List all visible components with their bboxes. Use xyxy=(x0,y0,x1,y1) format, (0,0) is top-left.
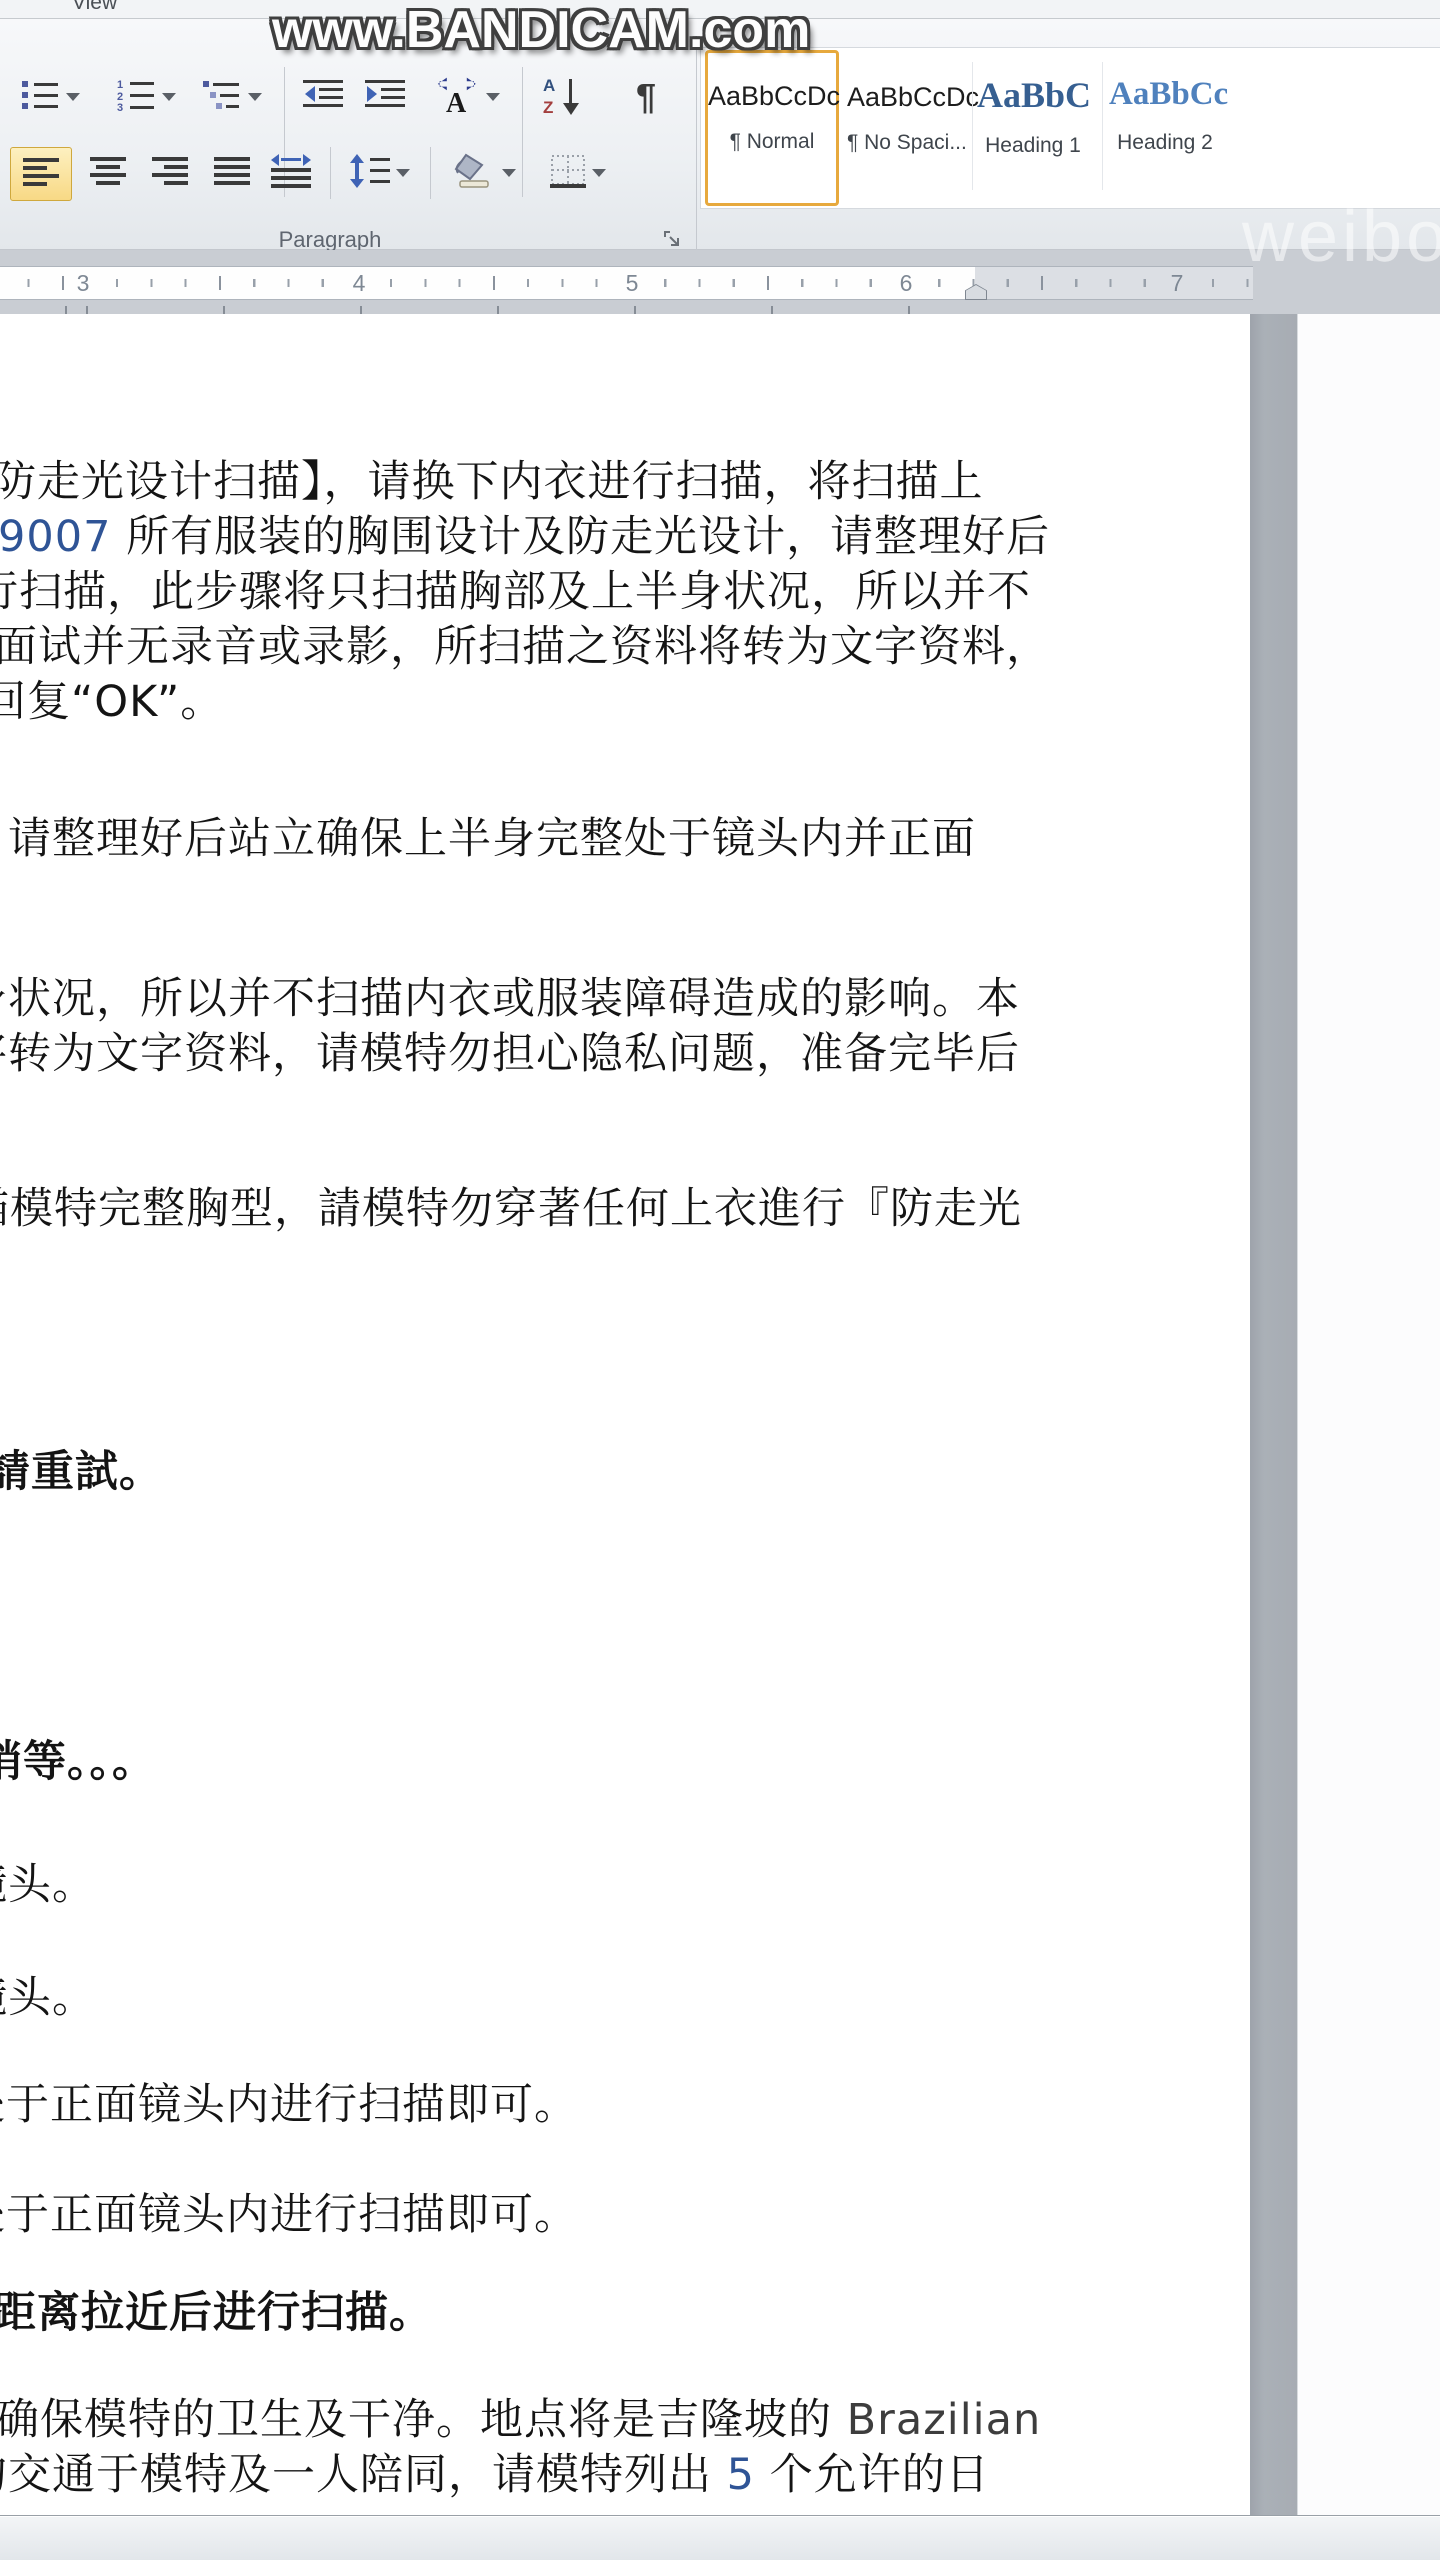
document-page[interactable]: 【防走光设计扫描】，请换下内衣进行扫描，将扫描上 9007 所有服装的胸围设计及… xyxy=(0,314,1250,2515)
chevron-down-icon xyxy=(502,169,516,177)
document-area: 【防走光设计扫描】，请换下内衣进行扫描，将扫描上 9007 所有服装的胸围设计及… xyxy=(0,314,1440,2515)
numbering-button[interactable]: 123 xyxy=(102,73,190,121)
bullets-icon xyxy=(20,78,60,117)
horizontal-ruler[interactable]: 3 4 5 6 7 xyxy=(0,266,1253,300)
align-right-icon xyxy=(152,155,188,192)
numbering-icon: 123 xyxy=(116,78,156,117)
justify-button[interactable] xyxy=(206,147,258,199)
chevron-down-icon xyxy=(66,93,80,101)
word-window: View 123 xyxy=(0,0,1440,2560)
svg-text:1: 1 xyxy=(117,79,123,91)
multilevel-list-icon xyxy=(202,78,242,117)
style-normal[interactable]: AaBbCcDc ¶ Normal xyxy=(705,50,839,206)
ruler-mark: 4 xyxy=(348,270,371,296)
style-preview: AaBbCc xyxy=(1109,76,1221,113)
doc-line[interactable]: 距离拉近后进行扫描。 xyxy=(0,2286,433,2341)
doc-line[interactable]: 的交通于模特及一人陪同，请模特列出 5 个允许的日 xyxy=(0,2448,990,2503)
doc-line[interactable]: 描模特完整胸型，請模特勿穿著任何上衣進行『防走光 xyxy=(0,1182,1022,1237)
separator xyxy=(972,62,973,190)
doc-line[interactable]: 将转为文字资料，请模特勿担心隐私问题，准备完毕后 xyxy=(0,1027,1020,1082)
style-no-spacing[interactable]: AaBbCcDc ¶ No Spaci... xyxy=(847,54,959,198)
distribute-button[interactable] xyxy=(262,147,320,199)
doc-line[interactable]: 行扫描，此步骤将只扫描胸部及上半身状况，所以并不 xyxy=(0,565,1031,620)
doc-line[interactable]: 回复“OK”。 xyxy=(0,675,224,730)
chevron-down-icon xyxy=(162,93,176,101)
doc-line[interactable]: 请整理好后站立确保上半身完整处于镜头内并正面 xyxy=(8,812,976,867)
align-center-button[interactable] xyxy=(82,147,134,199)
doc-line[interactable]: 身状况，所以并不扫描内衣或服装障碍造成的影响。本 xyxy=(0,972,1020,1027)
asian-layout-button[interactable]: A xyxy=(424,73,512,121)
svg-text:3: 3 xyxy=(117,102,123,114)
svg-text:A: A xyxy=(446,88,467,119)
paint-bucket-icon xyxy=(452,153,496,194)
borders-button[interactable] xyxy=(536,147,620,199)
justify-icon xyxy=(214,155,250,192)
distribute-icon xyxy=(271,154,311,193)
line-spacing-button[interactable] xyxy=(342,147,418,199)
shading-button[interactable] xyxy=(442,147,526,199)
style-preview: AaBbC xyxy=(977,74,1089,116)
doc-line[interactable]: 镜头。 xyxy=(0,1971,96,2026)
bandicam-watermark: www.BANDICAM.com xyxy=(272,0,810,60)
style-label: ¶ No Spaci... xyxy=(847,131,959,155)
align-left-button[interactable] xyxy=(10,147,72,201)
separator xyxy=(430,147,431,199)
sort-az-icon: A Z xyxy=(541,75,585,120)
ruler-band: 3 4 5 6 7 xyxy=(0,250,1440,314)
sort-button[interactable]: A Z xyxy=(534,73,592,121)
doc-line[interactable]: 确保模特的卫生及干净。地点将是吉隆坡的 Brazilian xyxy=(0,2393,1041,2448)
separator xyxy=(1102,62,1103,190)
pilcrow-icon: ¶ xyxy=(636,76,656,118)
show-paragraph-marks-button[interactable]: ¶ xyxy=(620,73,672,121)
decrease-indent-button[interactable] xyxy=(296,73,350,121)
paragraph-dialog-launcher[interactable] xyxy=(662,229,684,251)
ruler-mark: 7 xyxy=(1166,270,1189,296)
right-indent-marker[interactable] xyxy=(965,284,987,300)
align-right-button[interactable] xyxy=(144,147,196,199)
weibo-watermark: weibo xyxy=(1242,196,1440,278)
style-heading-1[interactable]: AaBbC Heading 1 xyxy=(977,54,1089,198)
status-bar xyxy=(0,2515,1440,2560)
ruler-mark: 6 xyxy=(895,270,918,296)
doc-line[interactable]: 9007 所有服装的胸围设计及防走光设计，请整理好后 xyxy=(0,510,1050,565)
doc-line[interactable]: 面试并无录音或录影，所扫描之资料将转为文字资料， xyxy=(0,620,1050,675)
styles-gallery: AaBbCcDc ¶ Normal AaBbCcDc ¶ No Spaci...… xyxy=(700,47,1440,209)
align-center-icon xyxy=(90,155,126,192)
chevron-down-icon xyxy=(592,169,606,177)
multilevel-list-button[interactable] xyxy=(192,73,272,121)
line-spacing-icon xyxy=(350,154,390,193)
doc-line[interactable]: 镜头。 xyxy=(0,1858,96,1913)
increase-indent-icon xyxy=(365,78,405,117)
doc-line[interactable]: 【防走光设计扫描】，请换下内衣进行扫描，将扫描上 xyxy=(0,455,984,510)
doc-line[interactable]: 销等。。。 xyxy=(0,1735,156,1790)
group-separator xyxy=(696,47,697,259)
chevron-down-icon xyxy=(248,93,262,101)
chevron-down-icon xyxy=(486,93,500,101)
decrease-indent-icon xyxy=(303,78,343,117)
style-label: ¶ Normal xyxy=(708,130,836,154)
doc-line[interactable]: 处于正面镜头内进行扫描即可。 xyxy=(0,2188,578,2243)
svg-text:Z: Z xyxy=(543,98,553,117)
bullets-button[interactable] xyxy=(6,73,94,121)
separator xyxy=(330,147,331,199)
ruler-mark: 3 xyxy=(72,270,95,296)
style-label: Heading 1 xyxy=(977,134,1089,158)
style-preview: AaBbCcDc xyxy=(847,82,959,113)
style-preview: AaBbCcDc xyxy=(708,81,836,112)
style-label: Heading 2 xyxy=(1109,131,1221,155)
vertical-scrollbar-track[interactable] xyxy=(1297,314,1440,2515)
page-edge-gap xyxy=(1250,314,1297,2515)
tab-view[interactable]: View xyxy=(72,0,117,15)
borders-grid-icon xyxy=(550,154,586,193)
ruler-mark: 5 xyxy=(621,270,644,296)
svg-text:A: A xyxy=(543,76,555,95)
style-heading-2[interactable]: AaBbCc Heading 2 xyxy=(1109,54,1221,198)
increase-indent-button[interactable] xyxy=(358,73,412,121)
doc-line[interactable]: 处于正面镜头内进行扫描即可。 xyxy=(0,2078,578,2133)
asian-layout-icon: A xyxy=(436,76,480,119)
chevron-down-icon xyxy=(396,169,410,177)
align-left-icon xyxy=(23,156,59,193)
doc-line[interactable]: 請重試。 xyxy=(0,1445,163,1500)
